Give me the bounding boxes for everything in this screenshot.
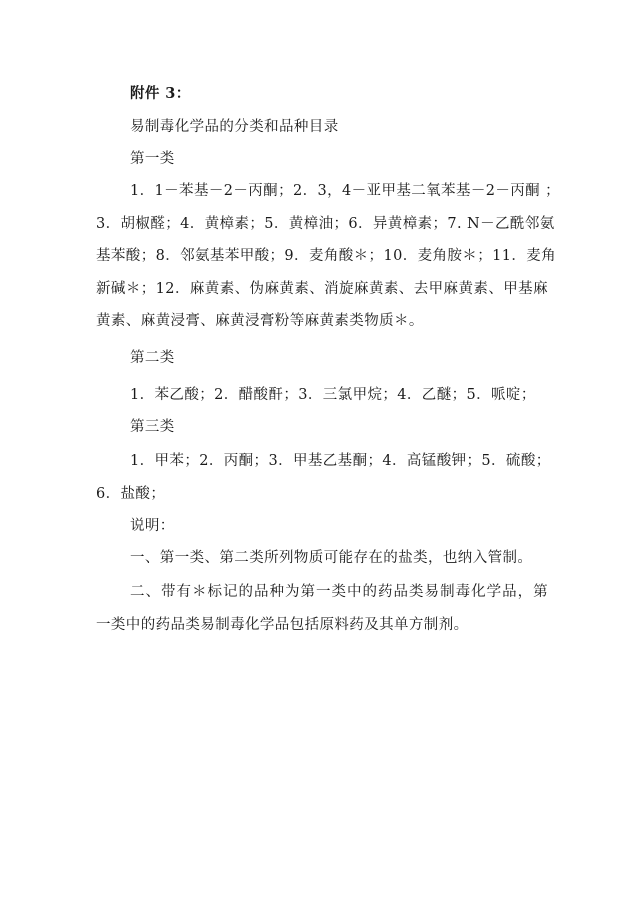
category1-line: 1．1－苯基－2－丙酮；2．3，4－亚甲基二氧苯基－2－丙酮 ；: [130, 181, 548, 201]
category3-heading: 第三类: [130, 417, 548, 437]
category2-heading: 第二类: [130, 348, 548, 368]
category1-line: 新碱＊；12．麻黄素、伪麻黄素、消旋麻黄素、去甲麻黄素、甲基麻: [96, 279, 548, 299]
notes-heading: 说明：: [130, 516, 548, 536]
category1-line: 3．胡椒醛；4．黄樟素；5．黄樟油；6．异黄樟素；7. N－乙酰邻氨: [96, 214, 548, 234]
category1-line: 基苯酸；8．邻氨基苯甲酸；9．麦角酸＊；10．麦角胺＊；11．麦角: [96, 246, 548, 266]
category3-line: 1．甲苯；2．丙酮；3．甲基乙基酮；4．高锰酸钾；5．硫酸；: [130, 451, 548, 471]
notes-line: 一类中的药品类易制毒化学品包括原料药及其单方制剂。: [96, 615, 548, 635]
document-title: 易制毒化学品的分类和品种目录: [130, 117, 548, 137]
attachment-label: 附件 3：: [130, 84, 548, 104]
notes-line: 二、带有＊标记的品种为第一类中的药品类易制毒化学品，第: [130, 582, 548, 602]
notes-line: 一、第一类、第二类所列物质可能存在的盐类，也纳入管制。: [130, 548, 548, 568]
category2-line: 1．苯乙酸；2．醋酸酐；3．三氯甲烷；4．乙醚；5．哌啶；: [130, 385, 548, 405]
category1-heading: 第一类: [130, 149, 548, 169]
category3-line: 6．盐酸；: [96, 484, 548, 504]
category1-line: 黄素、麻黄浸膏、麻黄浸膏粉等麻黄素类物质＊。: [96, 311, 548, 331]
